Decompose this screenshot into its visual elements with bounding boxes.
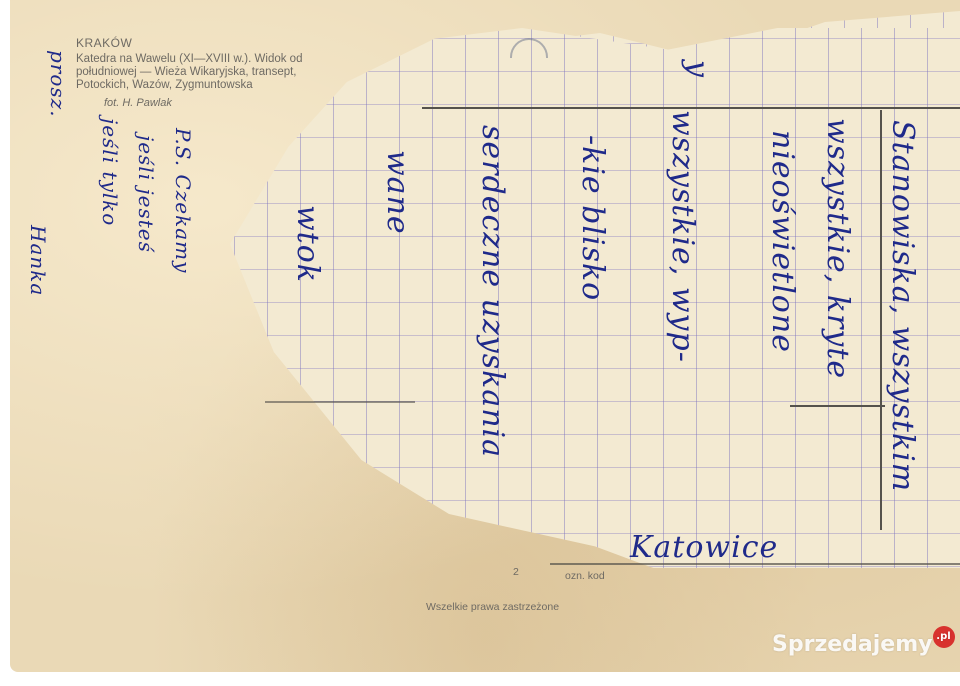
postal-code-label: ozn. kod (565, 570, 605, 582)
address-line-short (265, 401, 415, 403)
handwritten-line: wane (380, 150, 415, 235)
watermark-logo: Sprzedajemy .pl (772, 632, 933, 657)
postscript-line: jeśli tylko (98, 118, 122, 226)
address-city: Katowice (630, 530, 778, 565)
handwritten-line: -kie blisko (575, 135, 610, 301)
handwritten-line: wtok (290, 205, 325, 283)
postscript-line: jeśli jesteś (134, 135, 158, 253)
photo-credit: fot. H. Pawlak (104, 97, 302, 109)
printed-caption: KRAKÓW Katedra na Wawelu (XI—XVIII w.). … (76, 36, 302, 109)
watermark-text: Sprzedajemy (772, 632, 933, 657)
watermark-badge: .pl (933, 626, 955, 648)
handwritten-line: Stanowiska, wszystkim (885, 120, 920, 492)
postscript-line: P.S. Czekamy (171, 128, 195, 273)
postscript-line: prosz. (46, 50, 70, 118)
signature: Hanka (26, 225, 50, 296)
handwritten-line: y (680, 60, 715, 78)
handwritten-line: wszystkie, wyp- (665, 110, 700, 363)
postal-digit: 2 (513, 566, 519, 578)
caption-line: Katedra na Wawelu (XI—XVIII w.). Widok o… (76, 53, 302, 66)
caption-line: Potockich, Wazów, Zygmuntowska (76, 79, 302, 92)
stamp-box-divider (880, 110, 882, 530)
handwritten-line: wszystkie, kryte (820, 118, 855, 379)
handwritten-line: nieoświetlone (765, 130, 800, 353)
address-line (790, 405, 885, 407)
rights-notice: Wszelkie prawa zastrzeżone (426, 601, 559, 613)
caption-title: KRAKÓW (76, 36, 302, 50)
caption-line: południowej — Wieża Wikaryjska, transept… (76, 66, 302, 79)
address-line-top (422, 107, 960, 109)
postcard: KRAKÓW Katedra na Wawelu (XI—XVIII w.). … (10, 0, 960, 672)
handwritten-line: serdeczne uzyskania (475, 125, 510, 458)
